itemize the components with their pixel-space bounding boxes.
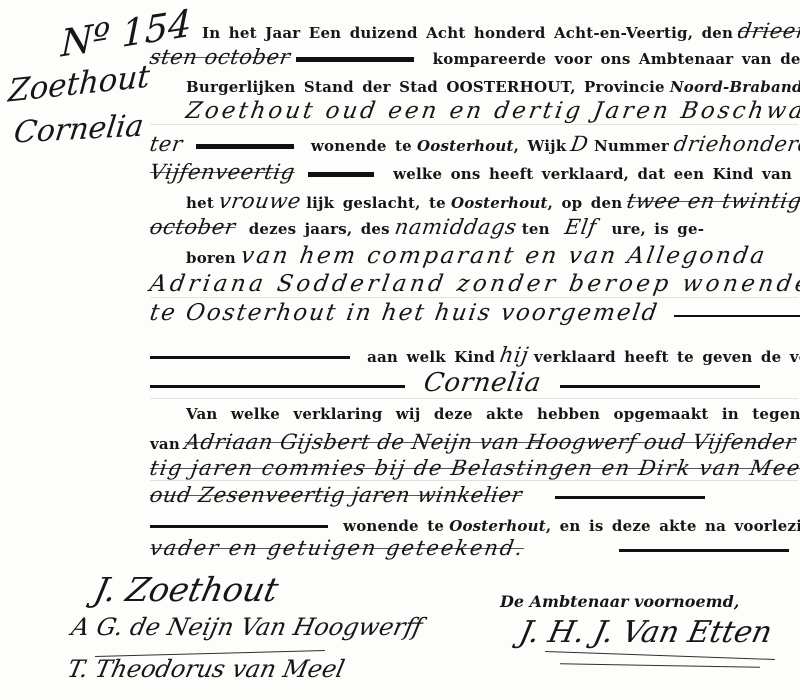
act-line-19: vader en getuigen geteekend. (150, 536, 798, 560)
official-title: De Ambtenaar voornoemd, (500, 592, 739, 611)
blank-rule (560, 385, 760, 388)
printed-ure: ure, is ge- (612, 220, 705, 238)
written-witness2-age: oud Zesenveertig jaren winkelier (148, 483, 524, 507)
printed-nummer: Nummer (594, 137, 669, 155)
written-hour: Elf (563, 215, 598, 239)
printed-van: van (150, 435, 180, 453)
act-line-6: Vijfenveertig welke ons heeft verklaard,… (150, 160, 798, 184)
printed-kompareerde: kompareerde voor ons Ambtenaar van den (433, 50, 800, 68)
written-father-surname-age: Zoethout oud een en dertig Jaren Boschwa… (148, 98, 800, 124)
printed-wijk: , Wijk (514, 137, 567, 155)
father-signature-text: J. Zoethout (91, 570, 282, 609)
signature-flourish (560, 663, 760, 667)
blank-rule (150, 356, 350, 359)
written-gender: vrouwe (217, 189, 303, 213)
printed-aan-welk-kind: aan welk Kind (367, 348, 495, 366)
margin-given-name: Cornelia (12, 108, 146, 150)
father-signature: J. Zoethout (95, 570, 278, 609)
printed-wonende: wonende te (343, 517, 444, 535)
certificate-page: Nº 154 Zoethout Cornelia In het Jaar Een… (0, 0, 800, 700)
written-birth-day: twee en twintigsten (626, 189, 800, 213)
witness2-signature-text: T. Theodorus van Meel (65, 655, 347, 683)
printed-province: Noord-Braband, (670, 78, 800, 96)
written-month: sten october (148, 45, 292, 69)
written-wijk-letter: D (570, 132, 591, 156)
act-line-3: Burgerlijken Stand der Stad OOSTERHOUT, … (150, 73, 798, 97)
printed-te-geven: verklaard heeft te geven de voorna (534, 348, 800, 366)
official-title-text: De Ambtenaar voornoemd, (500, 592, 739, 611)
written-hij: hij (498, 343, 530, 367)
act-line-9: boren van hem comparant en van Allegonda (150, 243, 798, 269)
blank-rule (150, 385, 405, 388)
blank-rule (296, 57, 414, 62)
act-line-14: Van welke verklaring wij deze akte hebbe… (150, 404, 798, 423)
act-line-8: october dezes jaars, des namiddags ten E… (150, 215, 798, 239)
blank-rule (619, 549, 789, 552)
printed-city: Oosterhout (451, 194, 548, 212)
written-occupation-suffix: ter (148, 132, 185, 156)
printed-het: het (150, 194, 214, 212)
witness2-signature: T. Theodorus van Meel (68, 655, 344, 683)
printed-verklaring: Van welke verklaring wij deze akte hebbe… (150, 405, 800, 423)
printed-voorlezing: , en is deze akte na voorlezing door ons (546, 517, 800, 535)
printed-wonende: wonende te (311, 137, 412, 155)
printed-ten: ten (522, 220, 550, 238)
act-line-1: In het Jaar Een duizend Acht honderd Ach… (150, 19, 798, 43)
printed-boren: boren (150, 249, 236, 267)
act-line-10: Adriana Sodderland zonder beroep wonende (150, 271, 798, 297)
act-line-18: wonende te Oosterhout, en is deze akte n… (150, 512, 798, 536)
act-line-16: tig jaren commies bij de Belastingen en … (150, 456, 798, 480)
signature-flourish (545, 651, 775, 660)
act-line-2: sten october kompareerde voor ons Ambten… (150, 45, 798, 69)
witness1-signature: A G. de Neijn Van Hoogwerff (72, 613, 422, 641)
written-daypart: namiddags (393, 215, 519, 239)
printed-year-text: In het Jaar Een duizend Acht honderd Ach… (150, 24, 733, 42)
blank-rule (308, 172, 374, 177)
written-residence: te Oosterhout in het huis voorgemeld (148, 300, 661, 326)
printed-verklaard: welke ons heeft verklaard, dat een Kind … (393, 165, 792, 183)
written-parents-1: van hem comparant en van Allegonda (239, 243, 769, 269)
printed-burgerlijke-stand: Burgerlijken Stand der Stad OOSTERHOUT, … (150, 78, 665, 96)
act-line-12: aan welk Kind hij verklaard heeft te gev… (150, 343, 798, 367)
written-birth-month: october (148, 215, 237, 239)
blank-rule (150, 525, 328, 528)
act-line-5: ter wonende te Oosterhout, Wijk D Nummer… (150, 132, 798, 156)
margin-surname: Zoethout (7, 58, 151, 109)
printed-city: Oosterhout (449, 517, 546, 535)
act-line-17: oud Zesenveertig jaren winkelier (150, 483, 798, 507)
act-line-4: Zoethout oud een en dertig Jaren Boschwa… (150, 98, 798, 124)
written-witness1-occupation: tig jaren commies bij de Belastingen en … (148, 456, 800, 480)
written-housenumber-1: driehonderd (672, 132, 800, 156)
written-day: drieentwintig (736, 19, 800, 43)
act-line-13: Cornelia (150, 368, 798, 398)
official-signature-text: J. H. J. Van Etten (516, 615, 775, 650)
written-housenumber-2: Vijfenveertig (148, 160, 297, 184)
act-line-11: te Oosterhout in het huis voorgemeld (150, 300, 798, 326)
blank-rule (196, 144, 294, 149)
printed-city: Oosterhout (417, 137, 514, 155)
witness1-signature-text: A G. de Neijn Van Hoogwerff (69, 613, 425, 641)
blank-rule (555, 496, 705, 499)
official-signature: J. H. J. Van Etten (520, 615, 772, 650)
printed-op-den: , op den (548, 194, 623, 212)
written-mother-name: Adriana Sodderland zonder beroep wonende (148, 271, 800, 297)
written-geteekend: vader en getuigen geteekend. (148, 536, 526, 560)
act-line-7: het vrouwe lijk geslacht, te Oosterhout,… (150, 189, 798, 213)
act-line-15: van Adriaan Gijsbert de Neijn van Hoogwe… (150, 430, 798, 454)
blank-rule (674, 315, 800, 317)
written-witness1: Adriaan Gijsbert de Neijn van Hoogwerf o… (183, 430, 798, 454)
child-name: Cornelia (422, 368, 544, 398)
printed-dezes-jaars: dezes jaars, des (249, 220, 390, 238)
printed-geslacht: lijk geslacht, te (306, 194, 446, 212)
